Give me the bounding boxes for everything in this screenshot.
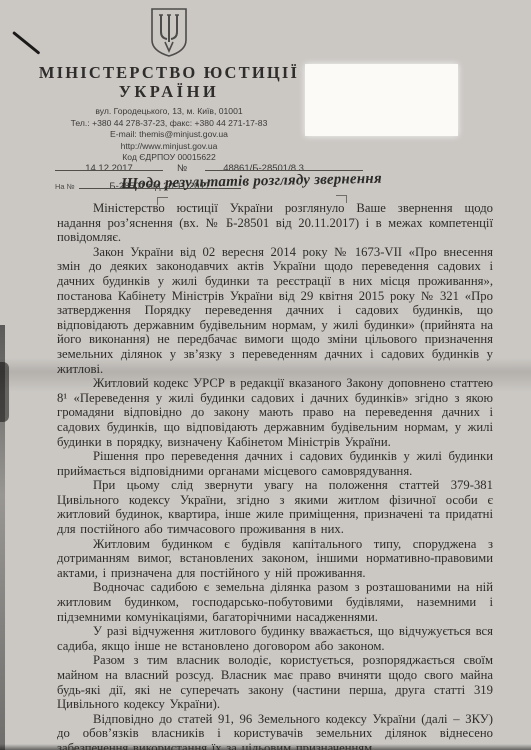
scan-fold-mark: [12, 31, 40, 55]
reference-block: 14.12.2017 № 48861/Б-28501/8.3 На № Б-28…: [55, 163, 485, 192]
org-name-line2: УКРАЇНИ: [38, 82, 300, 101]
body-paragraph: У разі відчуження житлового будинку вваж…: [57, 624, 493, 653]
org-name-line1: МІНІСТЕРСТВО ЮСТИЦІЇ: [38, 64, 300, 82]
ukraine-trident-shield-icon: [146, 6, 192, 60]
body-paragraph: Житловим будинком є будівля капітального…: [57, 537, 493, 581]
body-paragraph: Рішення про переведення дачних і садових…: [57, 449, 493, 478]
org-phone: Тел.: +380 44 278-37-23, факс: +380 44 2…: [38, 118, 300, 130]
body-paragraph: Міністерство юстиції України розглянуло …: [57, 201, 493, 245]
scan-left-blot: [0, 362, 9, 422]
scanned-letter-page: МІНІСТЕРСТВО ЮСТИЦІЇ УКРАЇНИ вул. Городе…: [0, 0, 531, 750]
body-paragraph: Житловий кодекс УРСР в редакції вказаног…: [57, 376, 493, 449]
org-email: E-mail: themis@minjust.gov.ua: [38, 129, 300, 141]
body-paragraph: Закон України від 02 вересня 2014 року №…: [57, 245, 493, 376]
reply-to-label: На №: [55, 182, 75, 191]
blank-label-area: [305, 64, 458, 136]
number-sign: №: [177, 163, 187, 174]
body-paragraph: Відповідно до статей 91, 96 Земельного к…: [57, 712, 493, 750]
org-address: вул. Городецького, 13, м. Київ, 01001: [38, 106, 300, 118]
body-paragraph: Разом з тим власник володіє, користуєтьс…: [57, 653, 493, 711]
letter-body: Міністерство юстиції України розглянуло …: [57, 201, 493, 750]
org-website: http://www.minjust.gov.ua: [38, 141, 300, 153]
body-paragraph: Водночас садибою є земельна ділянка разо…: [57, 580, 493, 624]
letterhead: МІНІСТЕРСТВО ЮСТИЦІЇ УКРАЇНИ вул. Городе…: [38, 6, 300, 164]
letter-date: 14.12.2017: [55, 163, 163, 174]
body-paragraph: При цьому слід звернути увагу на положен…: [57, 478, 493, 536]
